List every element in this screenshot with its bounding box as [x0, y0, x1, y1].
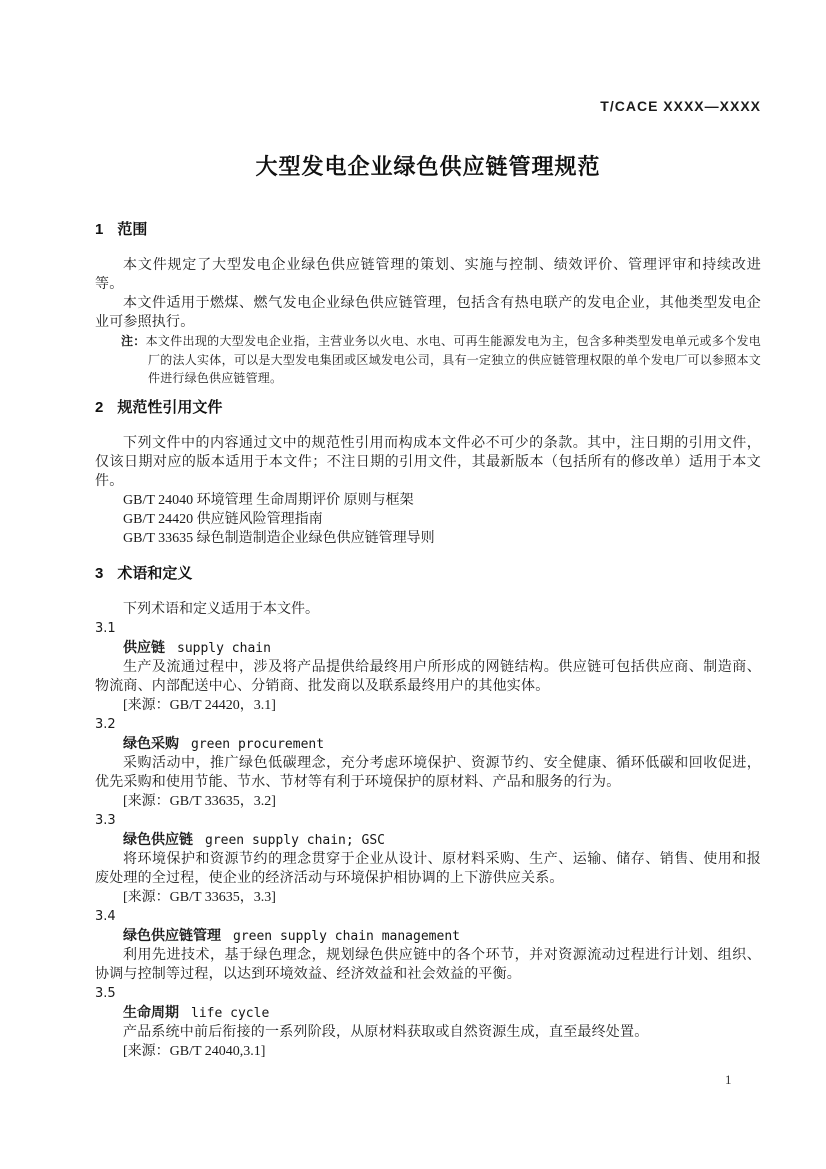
term-en: green supply chain management — [233, 929, 460, 944]
terms-intro: 下列术语和定义适用于本文件。 — [95, 600, 761, 619]
term-heading: 绿色采购green procurement — [95, 734, 761, 754]
term-zh: 生命周期 — [123, 1004, 179, 1020]
section-3-title: 术语和定义 — [117, 565, 192, 582]
reference-item: GB/T 33635 绿色制造制造企业绿色供应链管理导则 — [95, 529, 761, 548]
term-en: supply chain — [177, 641, 271, 656]
term-source: [来源：GB/T 24040,3.1] — [95, 1042, 761, 1061]
term-number: 3.4 — [95, 907, 761, 926]
scope-paragraph-2: 本文件适用于燃煤、燃气发电企业绿色供应链管理，包括含有热电联产的发电企业，其他类… — [95, 294, 761, 332]
term-en: life cycle — [191, 1006, 269, 1021]
term-en: green procurement — [191, 737, 324, 752]
section-2-number: 2 — [95, 400, 103, 416]
section-1-number: 1 — [95, 222, 103, 238]
term-definition: 将环境保护和资源节约的理念贯穿于企业从设计、原材料采购、生产、运输、储存、销售、… — [95, 850, 761, 888]
term-heading: 供应链supply chain — [95, 638, 761, 658]
reference-item: GB/T 24420 供应链风险管理指南 — [95, 510, 761, 529]
section-1-heading: 1范围 — [95, 222, 761, 238]
term-heading: 生命周期life cycle — [95, 1003, 761, 1023]
term-zh: 绿色采购 — [123, 735, 179, 751]
section-1-title: 范围 — [117, 221, 147, 238]
term-source: [来源：GB/T 33635，3.3] — [95, 888, 761, 907]
section-2-title: 规范性引用文件 — [117, 399, 222, 416]
term-source: [来源：GB/T 24420，3.1] — [95, 696, 761, 715]
reference-item: GB/T 24040 环境管理 生命周期评价 原则与框架 — [95, 491, 761, 510]
term-number: 3.1 — [95, 619, 761, 638]
term-definition: 产品系统中前后衔接的一系列阶段，从原材料获取或自然资源生成，直至最终处置。 — [95, 1023, 761, 1042]
note-label: 注： — [121, 334, 146, 348]
note-text: 本文件出现的大型发电企业指，主营业务以火电、水电、可再生能源发电为主，包含多种类… — [146, 334, 761, 385]
document-title: 大型发电企业绿色供应链管理规范 — [95, 152, 761, 182]
term-definition: 生产及流通过程中，涉及将产品提供给最终用户所形成的网链结构。供应链可包括供应商、… — [95, 658, 761, 696]
scope-paragraph-1: 本文件规定了大型发电企业绿色供应链管理的策划、实施与控制、绩效评价、管理评审和持… — [95, 256, 761, 294]
section-3-number: 3 — [95, 566, 103, 582]
document-page: T/CACE XXXX—XXXX 大型发电企业绿色供应链管理规范 1范围 本文件… — [0, 0, 826, 1169]
term-number: 3.3 — [95, 811, 761, 830]
section-2-heading: 2规范性引用文件 — [95, 400, 761, 416]
term-zh: 绿色供应链管理 — [123, 927, 221, 943]
page-content: T/CACE XXXX—XXXX 大型发电企业绿色供应链管理规范 1范围 本文件… — [95, 98, 761, 1061]
section-3-heading: 3术语和定义 — [95, 566, 761, 582]
term-en: green supply chain; GSC — [205, 833, 385, 848]
term-source: [来源：GB/T 33635，3.2] — [95, 792, 761, 811]
normative-refs-paragraph: 下列文件中的内容通过文中的规范性引用而构成本文件必不可少的条款。其中，注日期的引… — [95, 434, 761, 491]
term-number: 3.2 — [95, 715, 761, 734]
term-definition: 利用先进技术，基于绿色理念，规划绿色供应链中的各个环节，并对资源流动过程进行计划… — [95, 946, 761, 984]
term-number: 3.5 — [95, 984, 761, 1003]
term-zh: 供应链 — [123, 639, 165, 655]
term-heading: 绿色供应链green supply chain; GSC — [95, 830, 761, 850]
scope-note: 注：本文件出现的大型发电企业指，主营业务以火电、水电、可再生能源发电为主，包含多… — [95, 332, 761, 388]
page-number: 1 — [725, 1072, 732, 1087]
standard-code: T/CACE XXXX—XXXX — [95, 98, 761, 114]
term-zh: 绿色供应链 — [123, 831, 193, 847]
term-heading: 绿色供应链管理green supply chain management — [95, 926, 761, 946]
term-definition: 采购活动中，推广绿色低碳理念，充分考虑环境保护、资源节约、安全健康、循环低碳和回… — [95, 754, 761, 792]
